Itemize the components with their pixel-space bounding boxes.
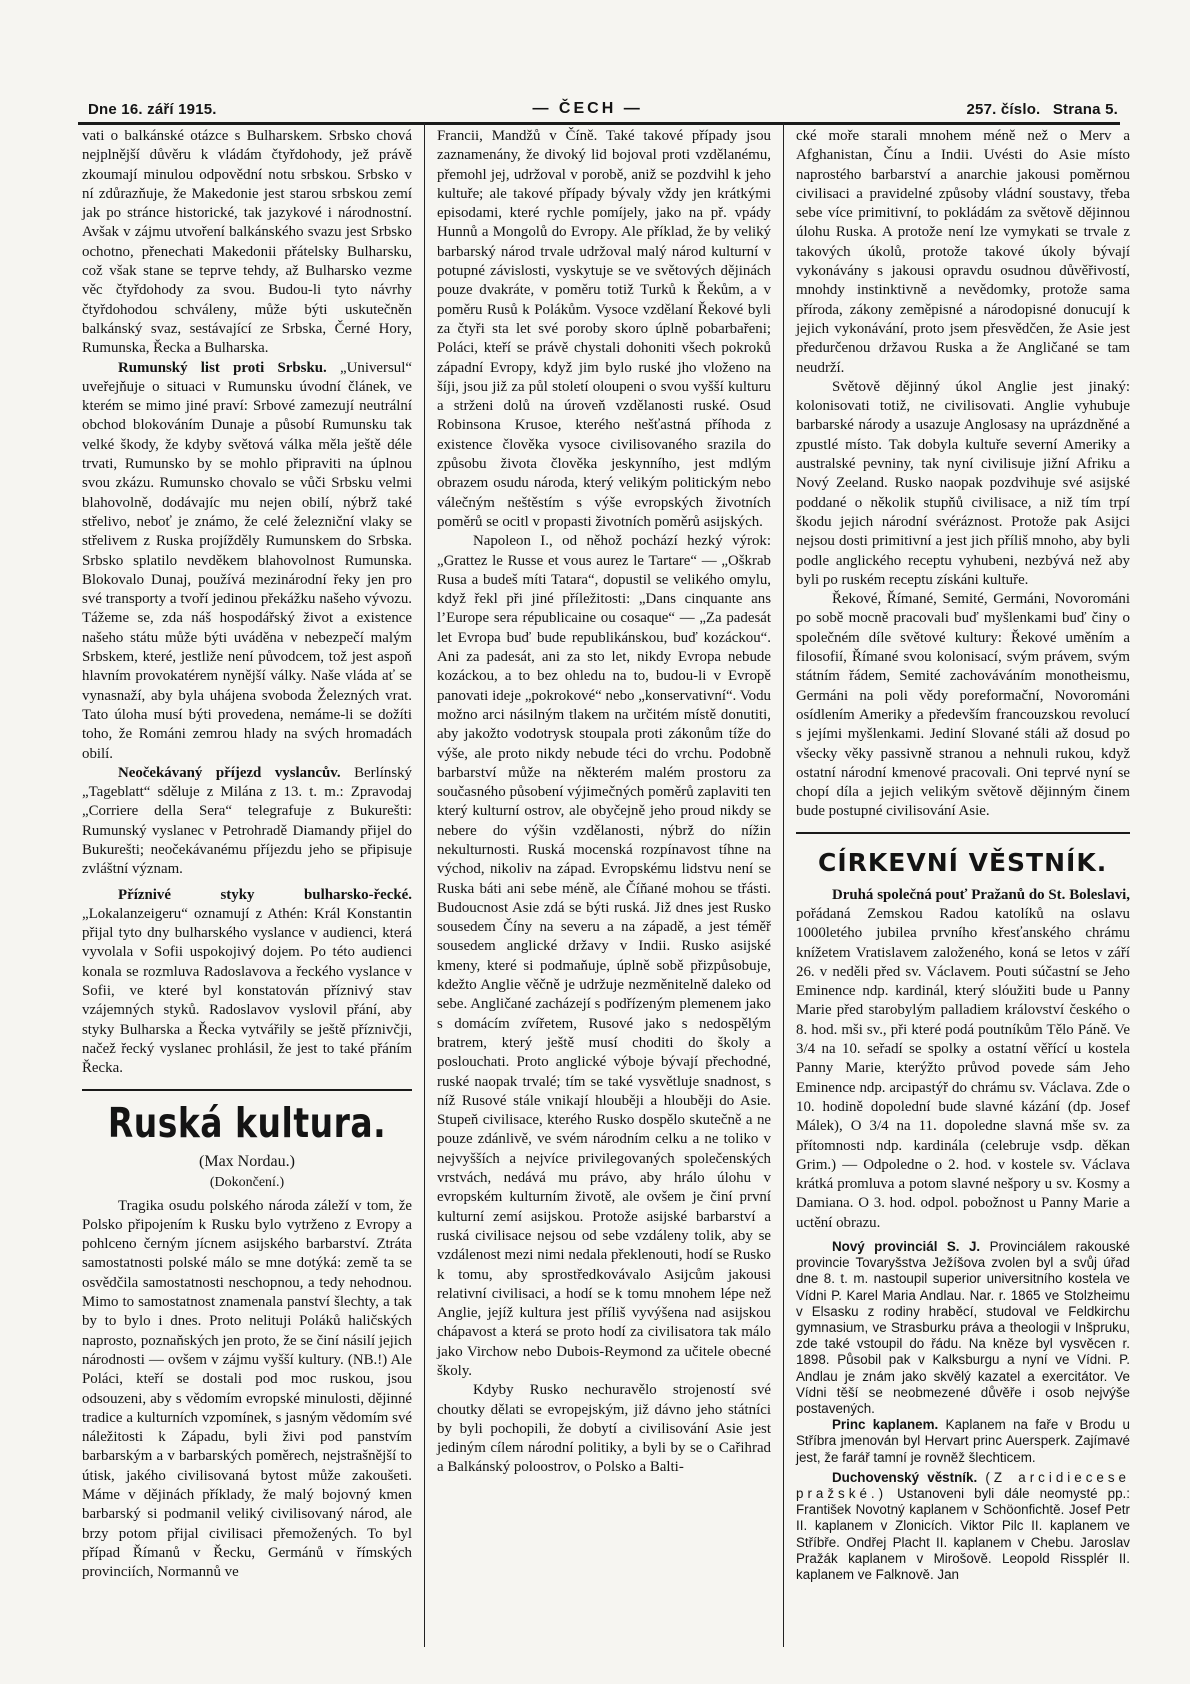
article-paragraph: Řekové, Římané, Semité, Germáni, Novorom… (796, 590, 1130, 822)
news-item-envoy-arrival: Neočekávaný příjezd vyslancův. Berlínský… (82, 764, 412, 880)
news-item-bulgarian-greek: Příznivé styky bulharsko-řecké. „Lokalan… (82, 886, 412, 1079)
column-1: vati o balkánské otázce s Bulharskem. Sr… (82, 127, 412, 1667)
masthead-rule (78, 122, 1120, 125)
masthead: Dne 16. září 1915. — ČECH — 257. číslo. … (88, 96, 1118, 118)
article-paragraph: Francii, Mandžů v Číně. Také takové příp… (437, 127, 771, 532)
article-paragraph: Napoleon I., od něhož pochází hezký výro… (437, 532, 771, 1381)
article-paragraph: cké moře starali mnohem méně než o Merv … (796, 127, 1130, 378)
columns: vati o balkánské otázce s Bulharskem. Sr… (82, 127, 1130, 1667)
article-paragraph: Tragika osudu polského národa záleží v t… (82, 1197, 412, 1583)
news-headline: Princ kaplanem. (832, 1417, 938, 1432)
news-item-pilgrimage: Druhá společná pouť Pražanů do St. Boles… (796, 886, 1130, 1233)
news-headline: Druhá společná pouť Pražanů do St. Boles… (832, 887, 1130, 903)
news-item-provincial: Nový provinciál S. J. Provinciálem rakou… (796, 1239, 1130, 1417)
news-item-romanian-paper: Rumunský list proti Srbsku. „Universul“ … (82, 359, 412, 764)
issue-info: 257. číslo. Strana 5. (959, 101, 1118, 118)
article-paragraph: Kdyby Rusko nechuravělo strojeností své … (437, 1381, 771, 1477)
page-number: Strana 5. (1053, 101, 1118, 118)
newspaper-name: — ČECH — (532, 100, 642, 118)
section-title-church-bulletin: CÍRKEVNÍ VĚSTNÍK. (796, 846, 1130, 880)
article-title: Ruská kultura. (82, 1098, 412, 1148)
issue-date: Dne 16. září 1915. (88, 101, 217, 118)
news-headline: Duchovenský věstník. (832, 1470, 977, 1485)
column-3: cké moře starali mnohem méně než o Merv … (796, 127, 1130, 1667)
paragraph: vati o balkánské otázce s Bulharskem. Sr… (82, 127, 412, 359)
news-headline: Nový provinciál S. J. (832, 1239, 980, 1254)
news-item-prince-chaplain: Princ kaplanem. Kaplanem na faře v Brodu… (796, 1417, 1130, 1466)
section-divider (82, 1089, 412, 1091)
column-2: Francii, Mandžů v Číně. Také takové příp… (437, 127, 771, 1667)
article-note: (Dokončení.) (82, 1173, 412, 1193)
article-paragraph: Světově dějinný úkol Anglie jest jinaký:… (796, 378, 1130, 590)
newspaper-page: Dne 16. září 1915. — ČECH — 257. číslo. … (0, 0, 1190, 1684)
news-headline: Rumunský list proti Srbsku. (118, 360, 327, 376)
news-headline: Příznivé styky bulharsko-řecké. (118, 887, 412, 903)
section-divider (796, 832, 1130, 834)
issue-number: 257. číslo. (967, 101, 1041, 118)
article-author: (Max Nordau.) (82, 1151, 412, 1173)
news-headline: Neočekávaný příjezd vyslancův. (118, 765, 341, 781)
news-item-clergy-bulletin: Duchovenský věstník. (Z arcidiecese praž… (796, 1470, 1130, 1583)
